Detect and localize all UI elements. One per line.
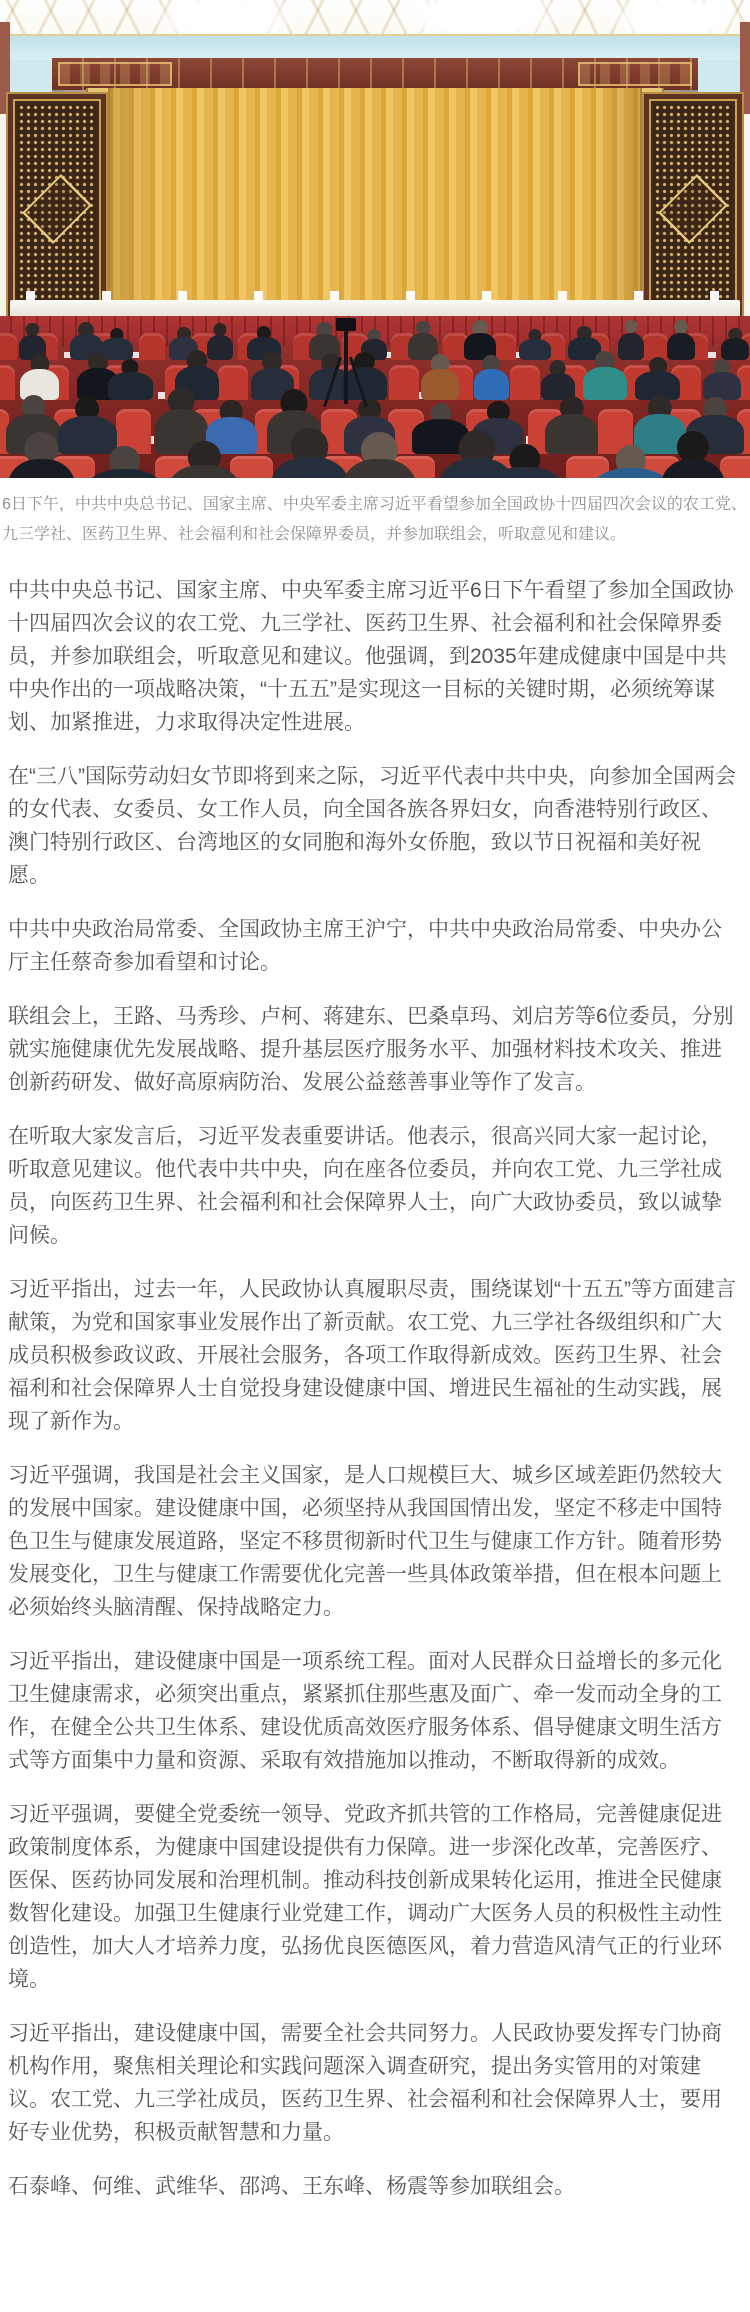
article-paragraph: 习近平指出，建设健康中国，需要全社会共同努力。人民政协要发挥专门协商机构作用，聚… xyxy=(8,2017,742,2149)
person-silhouette xyxy=(343,432,416,478)
article-body: 中共中央总书记、国家主席、中央军委主席习近平6日下午看望了参加全国政协十四届四次… xyxy=(0,550,750,2243)
article-paragraph: 在“三八”国际劳动妇女节即将到来之际，习近平代表中共中央，向参加全国两会的女代表… xyxy=(8,760,742,892)
article-paragraph: 中共中央政治局常委、全国政协主席王沪宁，中共中央政治局常委、中央办公厅主任蔡奇参… xyxy=(8,913,742,979)
person-silhouette xyxy=(486,444,564,479)
article-paragraph: 联组会上，王路、马秀珍、卢柯、蒋建东、巴桑卓玛、刘启芳等6位委员，分别就实施健康… xyxy=(8,1000,742,1099)
video-camera-icon xyxy=(336,318,356,331)
article-page: { "article": { "caption": "6日下午，中共中央总书记、… xyxy=(0,0,750,2312)
article-paragraph: 习近平强调，要健全党委统一领导、党政齐抓共管的工作格局，完善健康促进政策制度体系… xyxy=(8,1798,742,1996)
article-paragraph: 在听取大家发言后，习近平发表重要讲话。他表示，很高兴同大家一起讨论，听取意见建议… xyxy=(8,1120,742,1252)
article-paragraph: 石泰峰、何维、武维华、邵鸿、王东峰、杨震等参加联组会。 xyxy=(8,2170,742,2203)
article-paragraph: 习近平指出，建设健康中国是一项系统工程。面对人民群众日益增长的多元化卫生健康需求… xyxy=(8,1645,742,1777)
person-silhouette xyxy=(8,432,75,479)
person-silhouette xyxy=(661,431,725,478)
person-silhouette xyxy=(271,428,349,478)
photo-caption: 6日下午，中共中央总书记、国家主席、中央军委主席习近平看望参加全国政协十四届四次… xyxy=(2,490,748,550)
meeting-photo xyxy=(0,0,750,478)
person-silhouette xyxy=(85,446,165,478)
camera-tripod xyxy=(344,330,348,404)
person-silhouette xyxy=(591,445,671,478)
person-silhouette xyxy=(168,441,240,478)
article-paragraph: 中共中央总书记、国家主席、中央军委主席习近平6日下午看望了参加全国政协十四届四次… xyxy=(8,574,742,739)
audience-row xyxy=(0,432,750,478)
article-paragraph: 习近平强调，我国是社会主义国家，是人口规模巨大、城乡区域差距仍然较大的发展中国家… xyxy=(8,1459,742,1624)
article-paragraph: 习近平指出，过去一年，人民政协认真履职尽责，围绕谋划“十五五”等方面建言献策，为… xyxy=(8,1273,742,1438)
audience-rows xyxy=(0,0,750,478)
